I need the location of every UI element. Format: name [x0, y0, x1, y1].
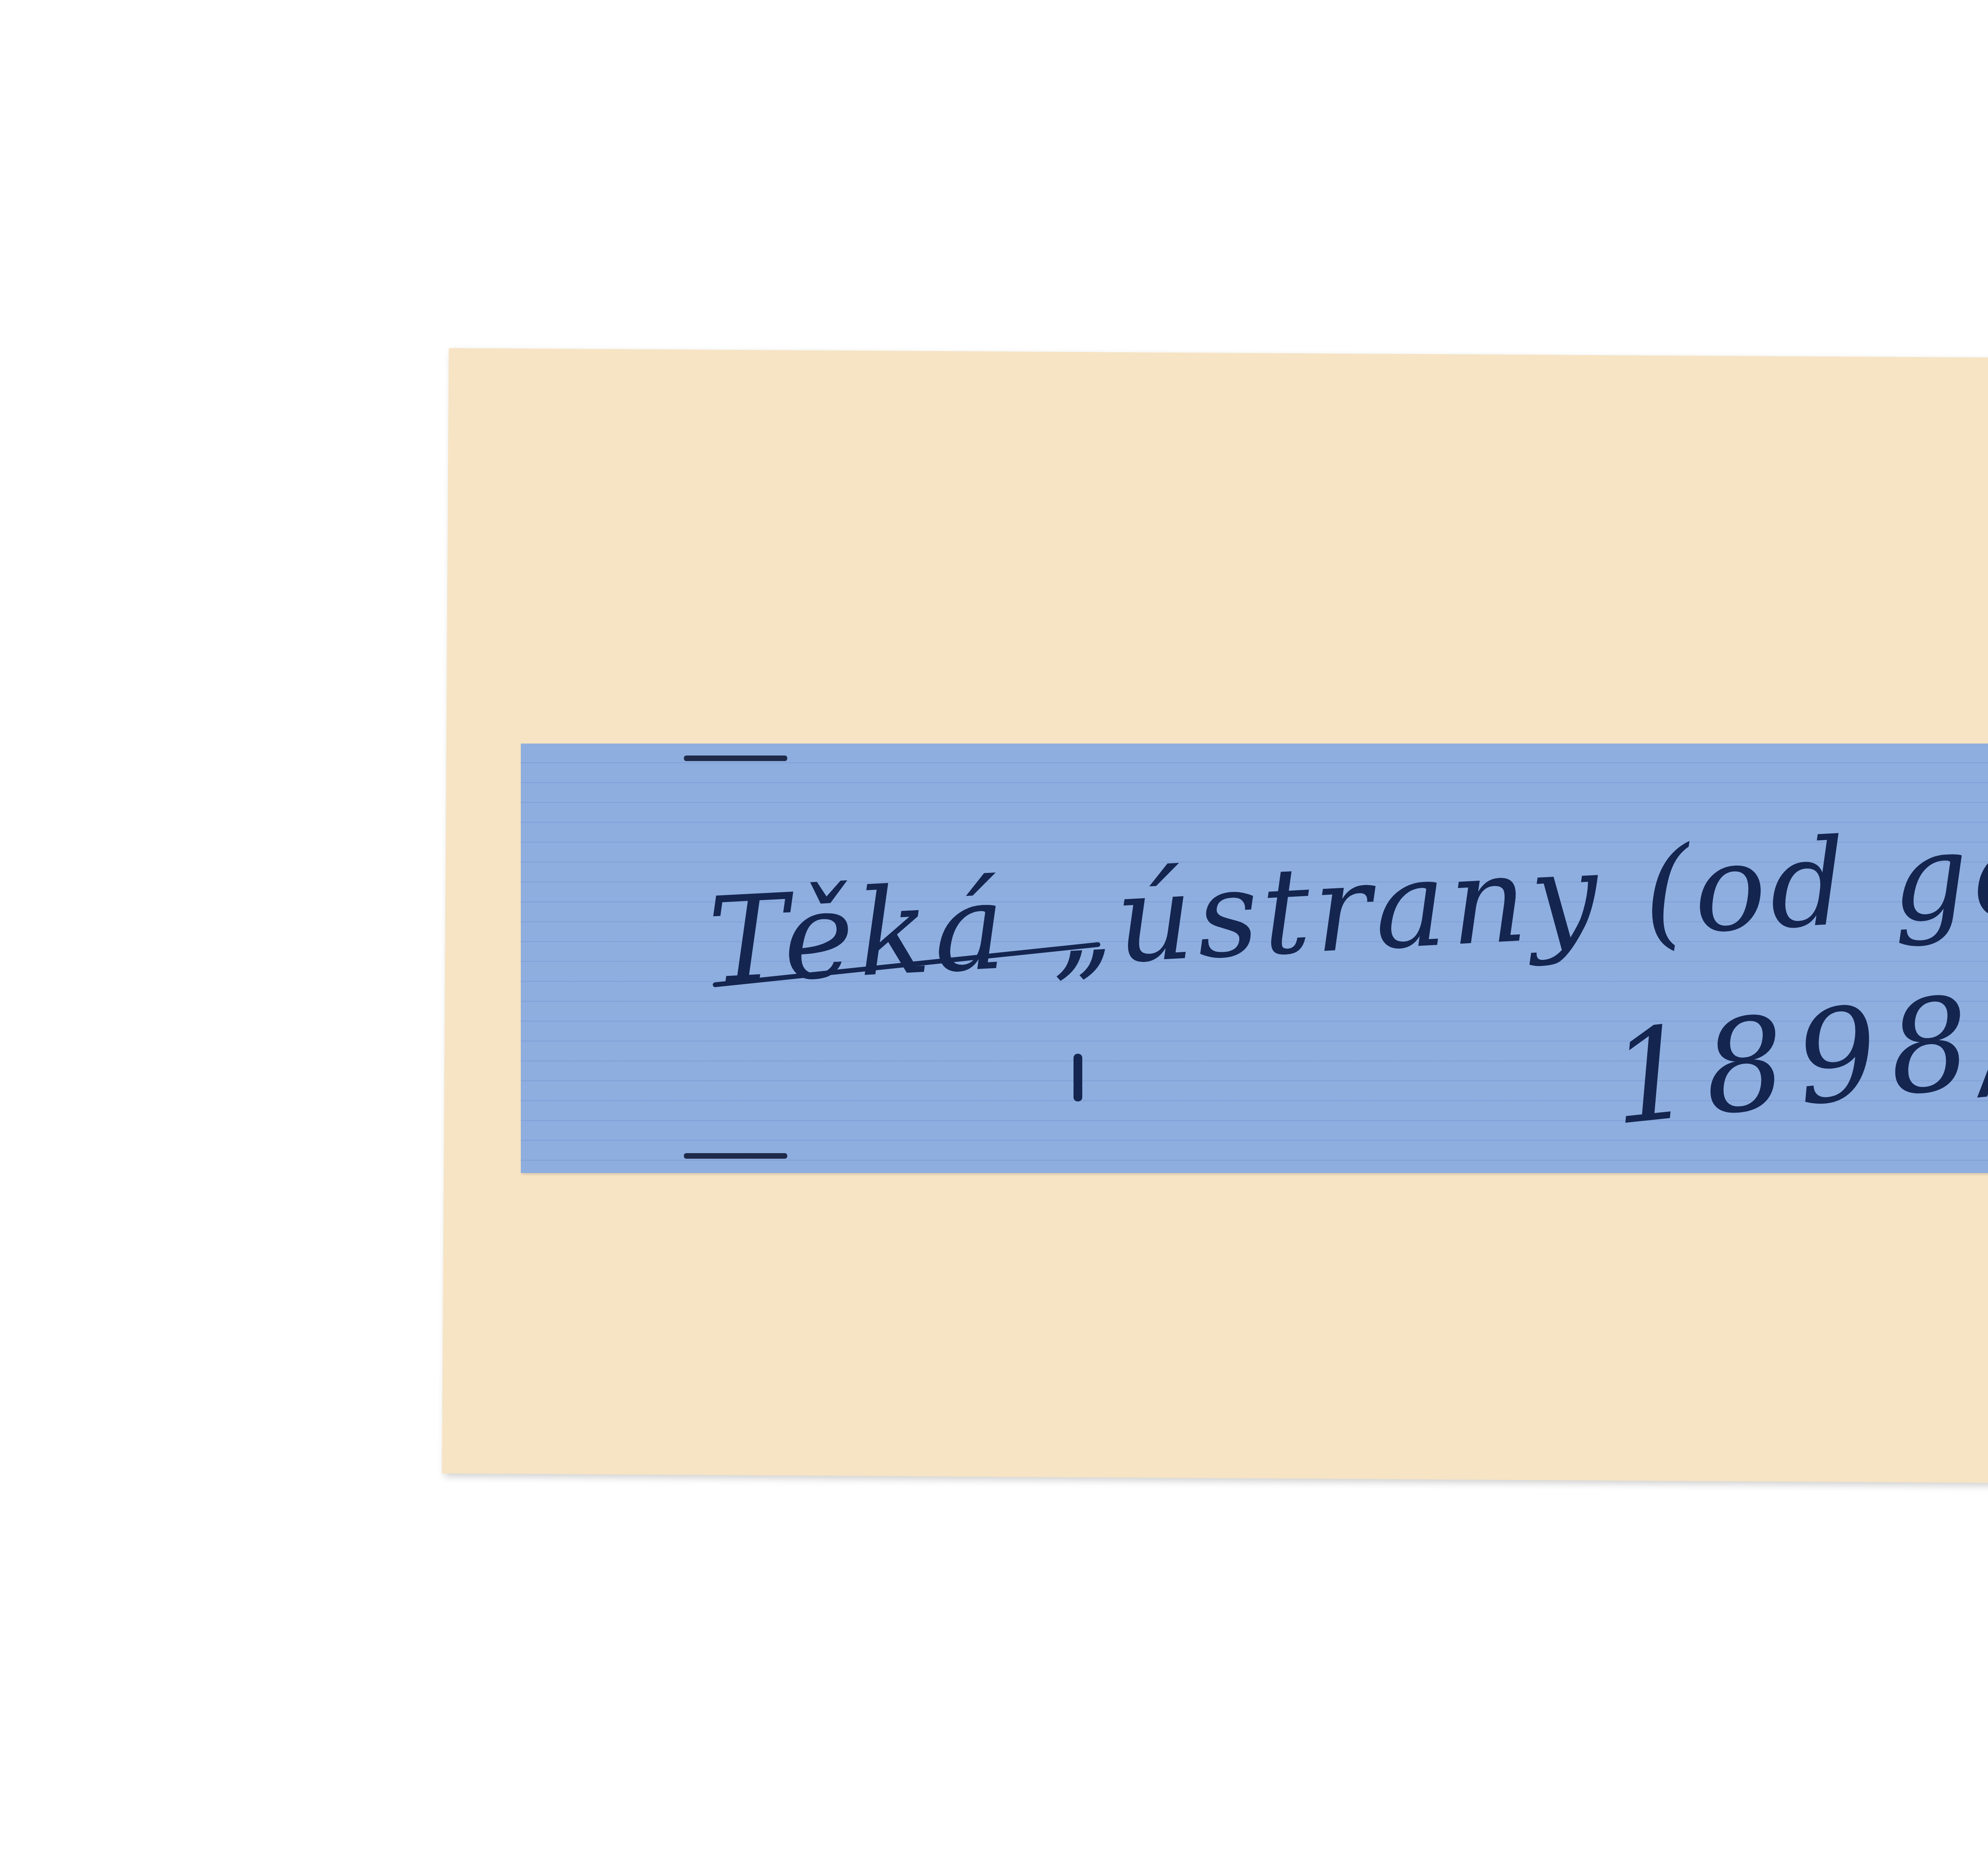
ink-mark — [1074, 1054, 1082, 1101]
slip-edge-mark-top — [684, 756, 787, 761]
slip-edge-mark-bottom — [684, 1153, 787, 1159]
